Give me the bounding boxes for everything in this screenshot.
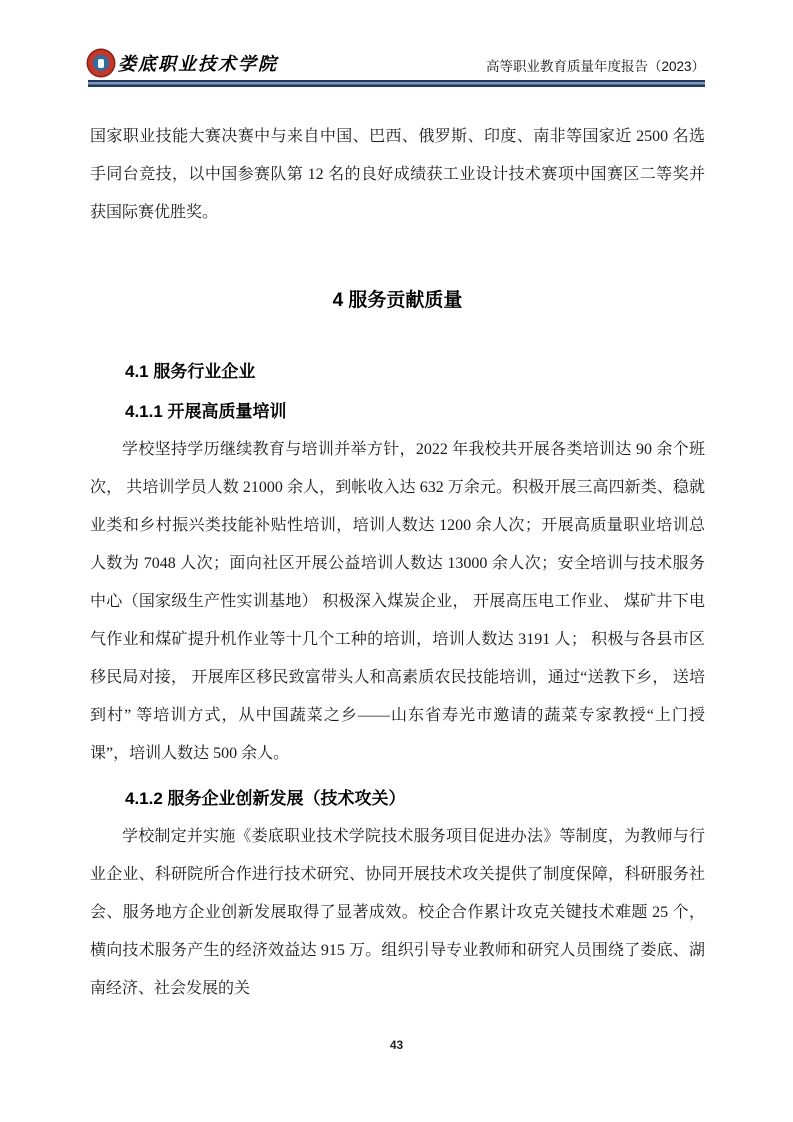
chapter-heading: 4 服务贡献质量: [90, 286, 705, 316]
school-logo-inner-circle: [93, 55, 109, 71]
section-heading: 4.1 服务行业企业: [90, 358, 705, 386]
page-number: 43: [390, 1038, 403, 1052]
school-logo-core-shape: [98, 59, 104, 68]
page-header: 娄底职业技术学院 高等职业教育质量年度报告（2023）: [88, 50, 705, 80]
subsection-heading-412: 4.1.2 服务企业创新发展（技术攻关）: [90, 785, 705, 813]
school-logo-icon: [88, 50, 114, 76]
page-content: 国家职业技能大赛决赛中与来自中国、巴西、俄罗斯、印度、南非等国家近 2500 名…: [90, 118, 705, 1008]
subsection-heading-411: 4.1.1 开展高质量培训: [90, 398, 705, 426]
document-page: 娄底职业技术学院 高等职业教育质量年度报告（2023） 国家职业技能大赛决赛中与…: [0, 0, 793, 1122]
continuation-paragraph: 国家职业技能大赛决赛中与来自中国、巴西、俄罗斯、印度、南非等国家近 2500 名…: [90, 118, 705, 232]
school-name: 娄底职业技术学院: [118, 50, 278, 76]
header-left: 娄底职业技术学院: [88, 50, 278, 76]
subsection-411-paragraph: 学校坚持学历继续教育与培训并举方针，2022 年我校共开展各类培训达 90 余个…: [90, 431, 705, 773]
subsection-412-paragraph: 学校制定并实施《娄底职业技术学院技术服务项目促进办法》等制度，为教师与行业企业、…: [90, 818, 705, 1008]
report-title: 高等职业教育质量年度报告（2023）: [486, 55, 705, 75]
page-footer: 43: [0, 1036, 793, 1054]
header-rule-divider: [88, 80, 705, 87]
